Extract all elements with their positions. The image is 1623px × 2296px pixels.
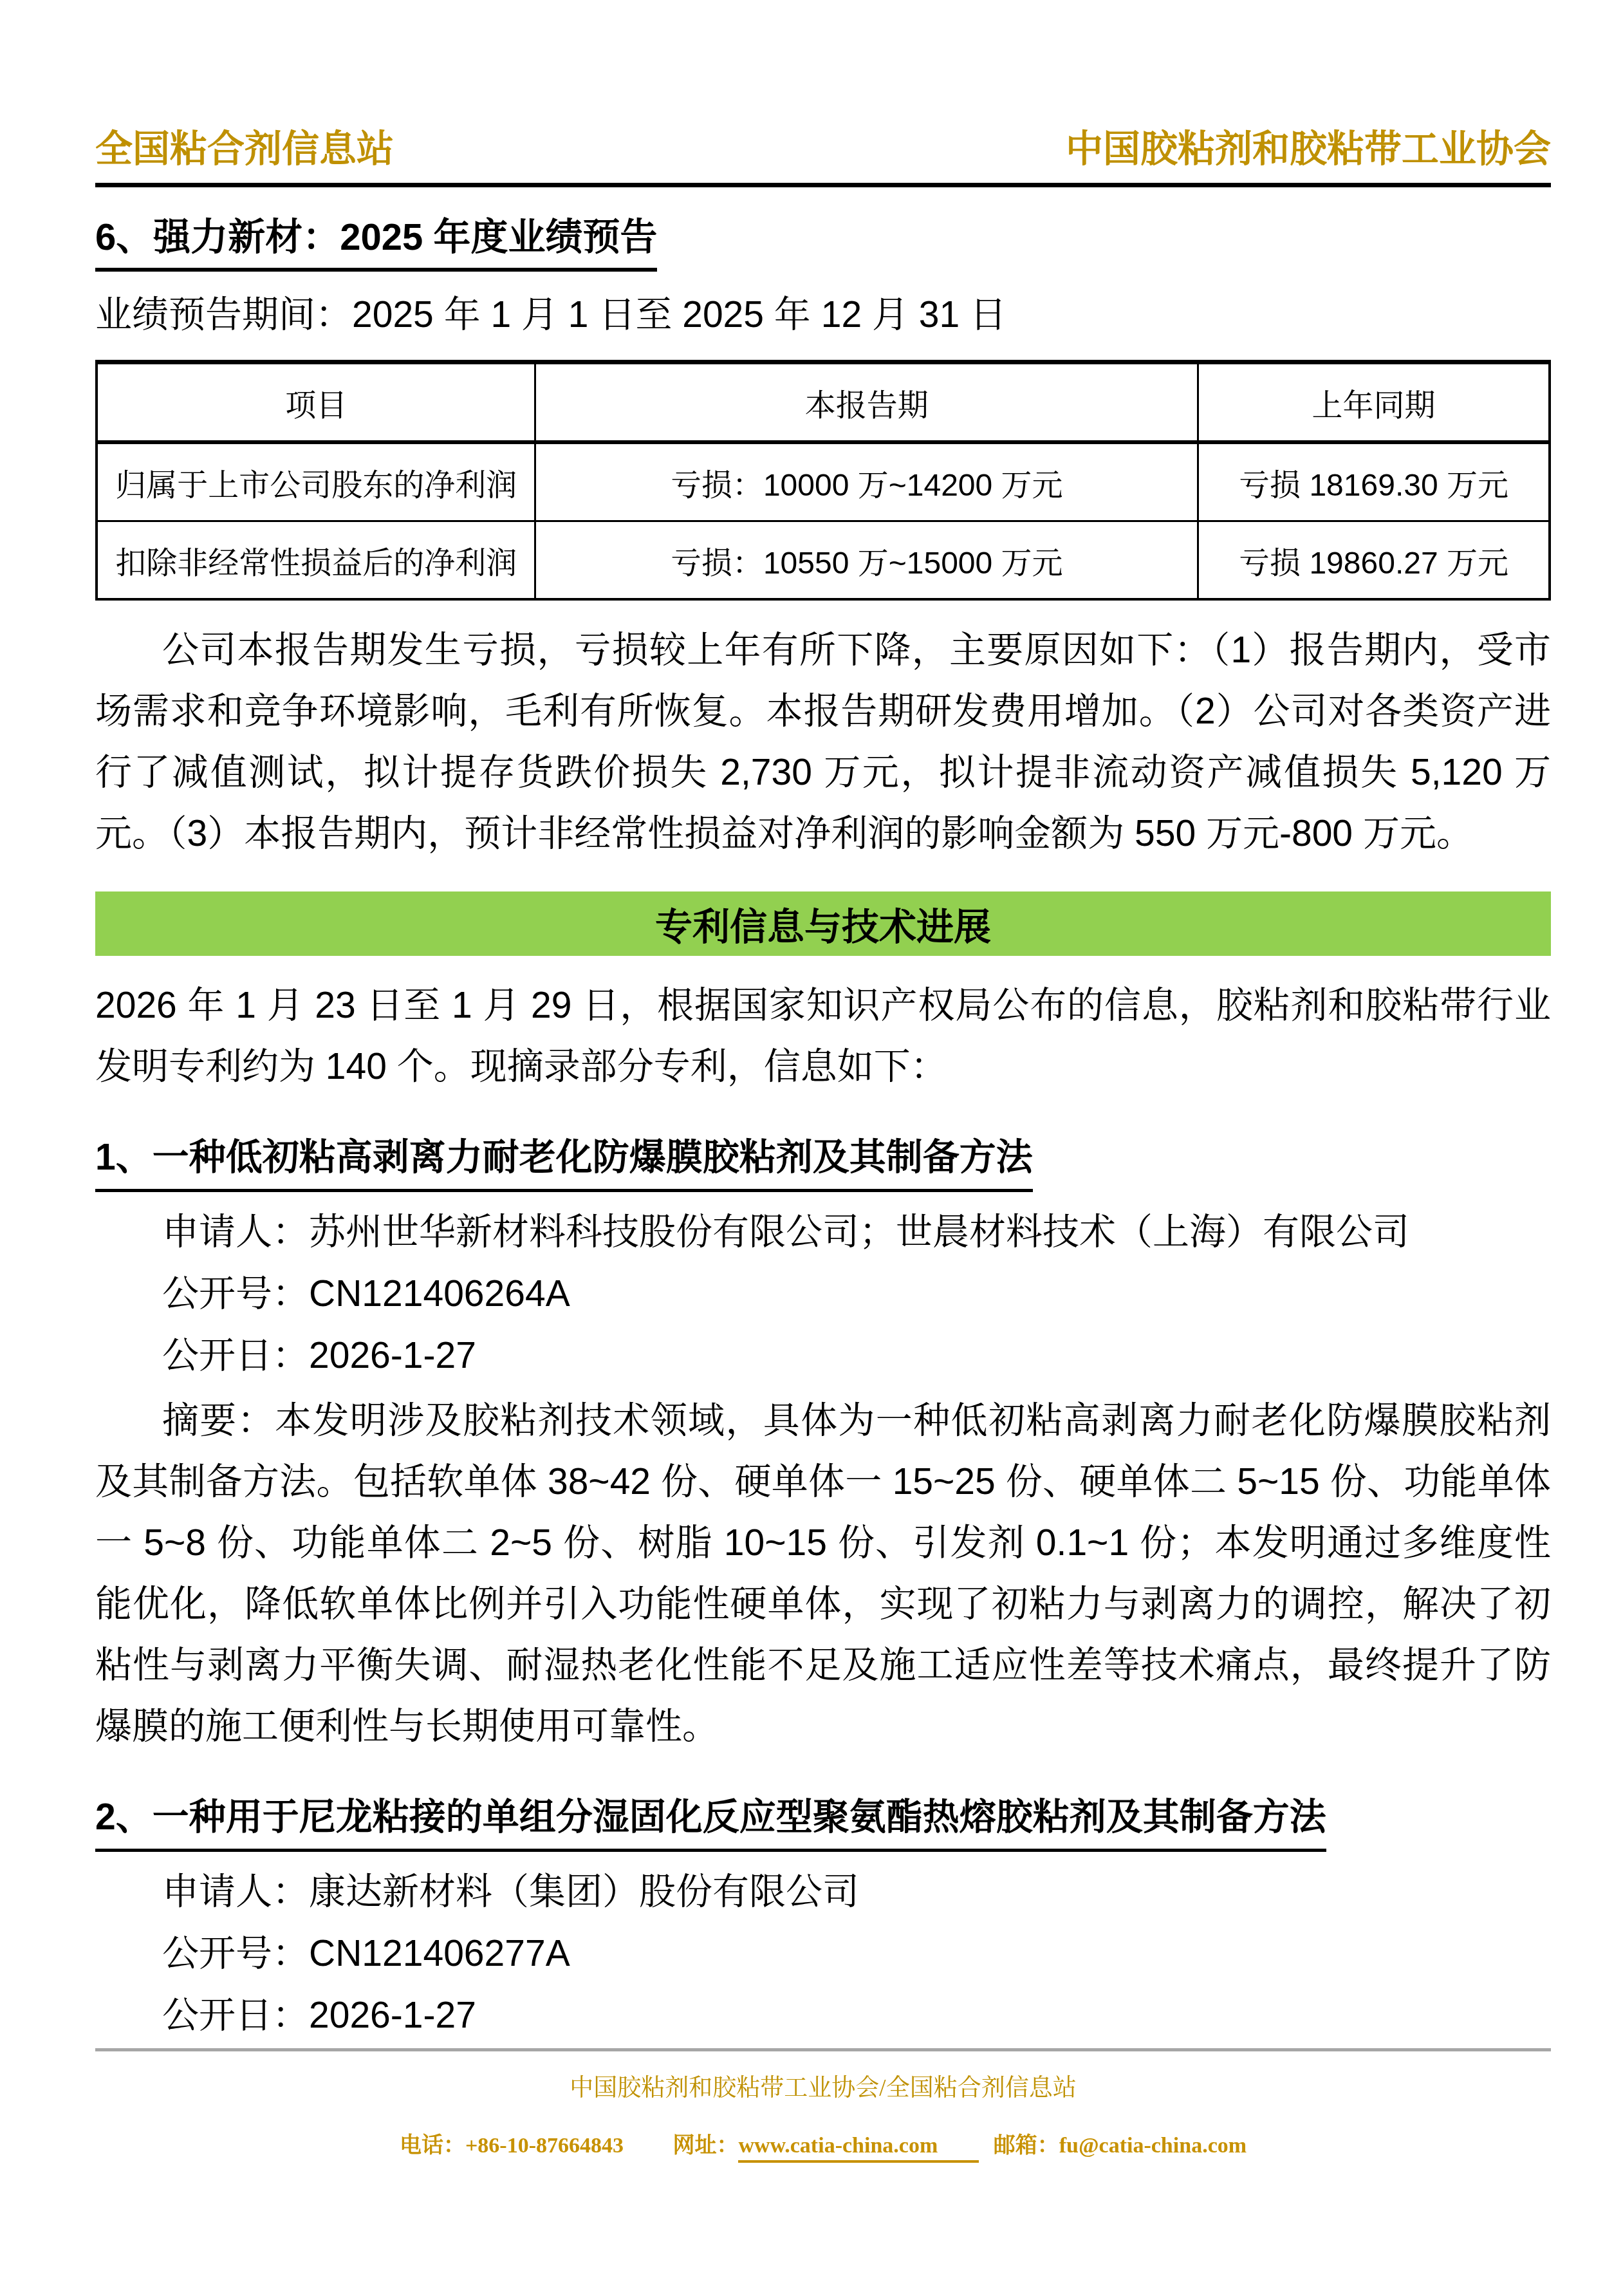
col-header-current-period: 本报告期 xyxy=(535,362,1198,443)
patent1-publication-date: 公开日：2026-1-27 xyxy=(162,1325,1551,1386)
page-content: 全国粘合剂信息站 中国胶粘剂和胶粘带工业协会 6、强力新材：2025 年度业绩预… xyxy=(95,0,1551,2046)
row2-prior: 亏损 19860.27 万元 xyxy=(1198,521,1550,600)
patent-section-banner-text: 专利信息与技术进展 xyxy=(655,897,991,951)
footer-association-line: 中国胶粘剂和胶粘带工业协会/全国粘合剂信息站 xyxy=(95,2068,1551,2103)
footer-web-label: 网址： xyxy=(672,2134,738,2158)
footer-email: 邮箱：fu@catia-china.com xyxy=(994,2134,1247,2158)
footer-contact-line: 电话：+86-10-87664843 网址：www.catia-china.co… xyxy=(95,2127,1551,2159)
loss-analysis-paragraph: 公司本报告期发生亏损，亏损较上年有所下降，主要原因如下：（1）报告期内，受市场需… xyxy=(95,620,1551,864)
forecast-period: 业绩预告期间：2025 年 1 月 1 日至 2025 年 12 月 31 日 xyxy=(95,290,1551,341)
table-row: 归属于上市公司股东的净利润 亏损：10000 万~14200 万元 亏损 181… xyxy=(97,442,1550,521)
row2-item: 扣除非经常性损益后的净利润 xyxy=(97,521,535,600)
patent1-details: 申请人：苏州世华新材料科技股份有限公司；世晨材料技术（上海）有限公司 公开号：C… xyxy=(95,1201,1551,1386)
masthead-right-title: 中国胶粘剂和胶粘带工业协会 xyxy=(1066,118,1551,173)
patent1-applicant: 申请人：苏州世华新材料科技股份有限公司；世晨材料技术（上海）有限公司 xyxy=(162,1201,1551,1263)
footer-website-link[interactable]: www.catia-china.com xyxy=(738,2134,979,2163)
document-page: { "header": { "left": "全国粘合剂信息站", "right… xyxy=(0,0,1623,2296)
patent1-abstract: 摘要：本发明涉及胶粘剂技术领域，具体为一种低初粘高剥离力耐老化防爆膜胶粘剂及其制… xyxy=(95,1390,1551,1757)
patent2-details: 申请人：康达新材料（集团）股份有限公司 公开号：CN121406277A 公开日… xyxy=(95,1861,1551,2046)
patent1-title: 1、一种低初粘高剥离力耐老化防爆膜胶粘剂及其制备方法 xyxy=(95,1134,1551,1192)
patent-intro-paragraph: 2026 年 1 月 23 日至 1 月 29 日，根据国家知识产权局公布的信息… xyxy=(95,975,1551,1097)
patent2-publication-number: 公开号：CN121406277A xyxy=(162,1923,1551,1984)
patent2-publication-date: 公开日：2026-1-27 xyxy=(162,1984,1551,2046)
patent2-title: 2、一种用于尼龙粘接的单组分湿固化反应型聚氨酯热熔胶粘剂及其制备方法 xyxy=(95,1793,1551,1852)
section6-title: 6、强力新材：2025 年度业绩预告 xyxy=(95,214,1551,272)
patent-section-banner: 专利信息与技术进展 xyxy=(95,891,1551,956)
row1-item: 归属于上市公司股东的净利润 xyxy=(97,442,535,521)
col-header-item: 项目 xyxy=(97,362,535,443)
patent1-publication-number: 公开号：CN121406264A xyxy=(162,1263,1551,1325)
masthead: 全国粘合剂信息站 中国胶粘剂和胶粘带工业协会 xyxy=(95,0,1551,187)
row2-current: 亏损：10550 万~15000 万元 xyxy=(535,521,1198,600)
row1-current: 亏损：10000 万~14200 万元 xyxy=(535,442,1198,521)
results-table: 项目 本报告期 上年同期 归属于上市公司股东的净利润 亏损：10000 万~14… xyxy=(95,360,1551,601)
table-header-row: 项目 本报告期 上年同期 xyxy=(97,362,1550,443)
table-row: 扣除非经常性损益后的净利润 亏损：10550 万~15000 万元 亏损 198… xyxy=(97,521,1550,600)
footer-phone: 电话：+86-10-87664843 xyxy=(400,2134,624,2158)
section6-title-text: 6、强力新材：2025 年度业绩预告 xyxy=(95,214,657,272)
col-header-prior-period: 上年同期 xyxy=(1198,362,1550,443)
patent1-title-text: 1、一种低初粘高剥离力耐老化防爆膜胶粘剂及其制备方法 xyxy=(95,1134,1033,1192)
masthead-left-title: 全国粘合剂信息站 xyxy=(95,118,394,173)
row1-prior: 亏损 18169.30 万元 xyxy=(1198,442,1550,521)
patent2-applicant: 申请人：康达新材料（集团）股份有限公司 xyxy=(162,1861,1551,1923)
patent2-title-text: 2、一种用于尼龙粘接的单组分湿固化反应型聚氨酯热熔胶粘剂及其制备方法 xyxy=(95,1793,1326,1852)
page-footer: 中国胶粘剂和胶粘带工业协会/全国粘合剂信息站 电话：+86-10-8766484… xyxy=(95,2048,1551,2159)
